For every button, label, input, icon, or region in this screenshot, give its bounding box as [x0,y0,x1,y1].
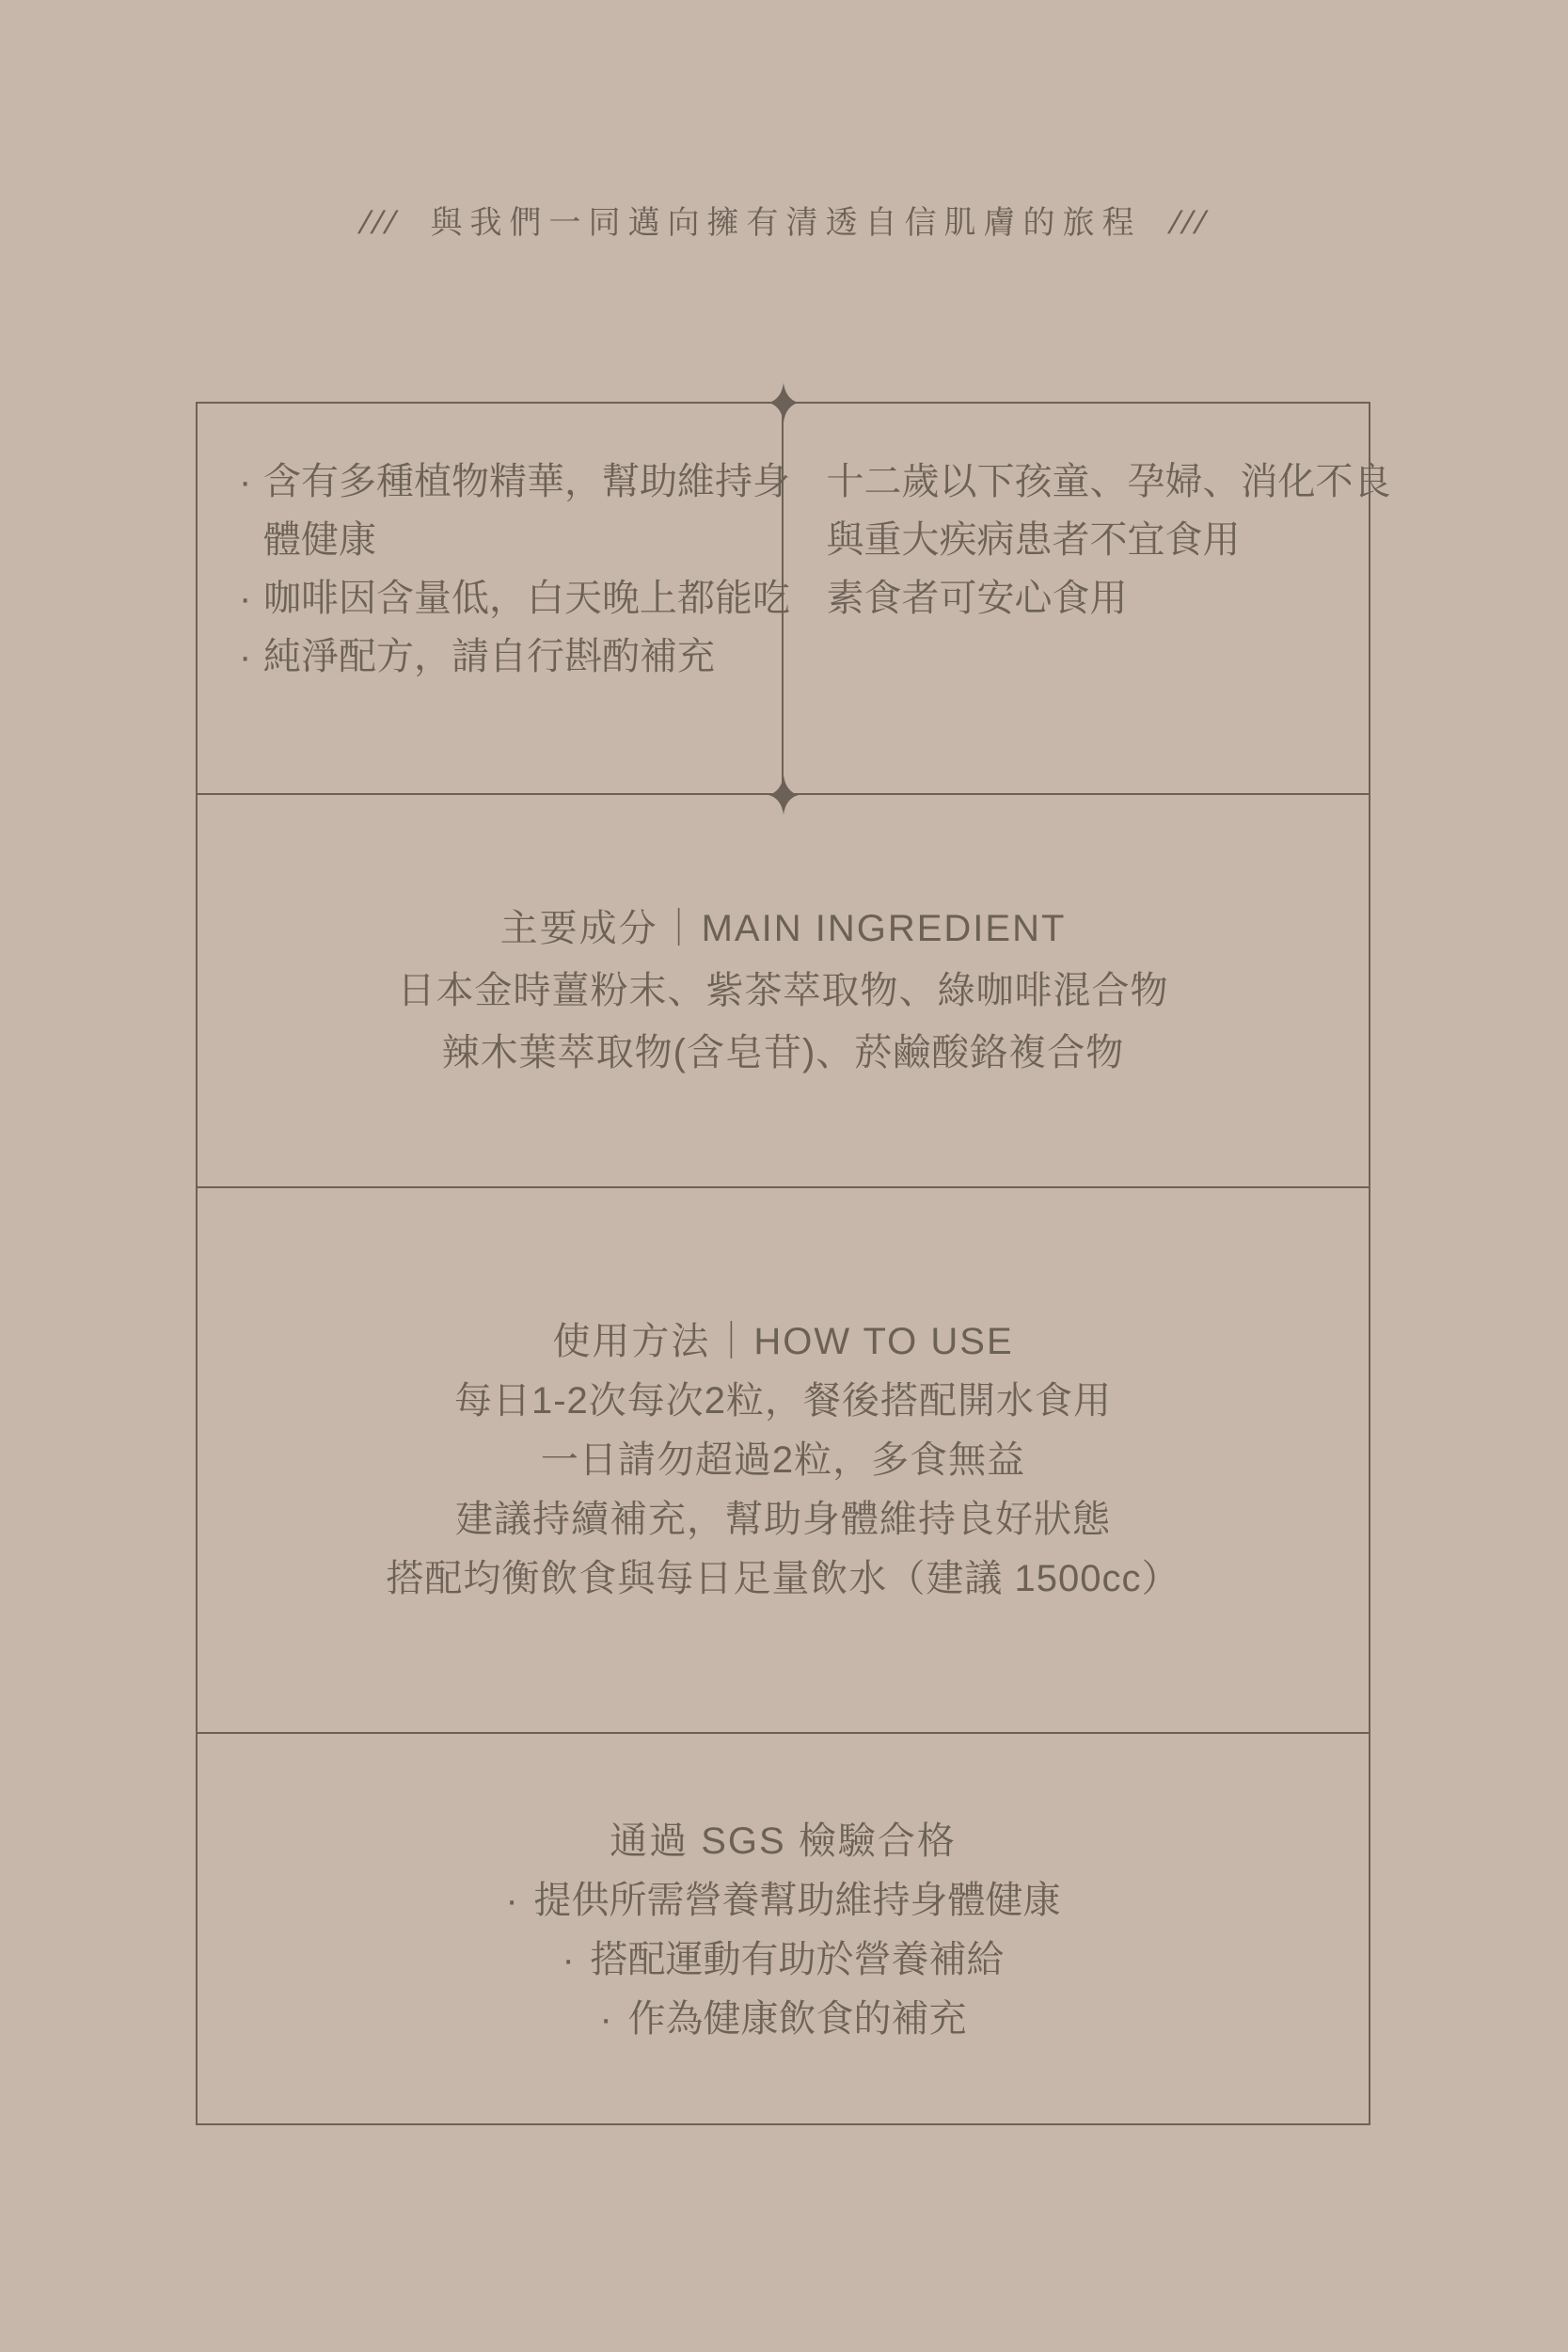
bullet-dot: · [562,1931,591,1990]
section-title-certification: 通過 SGS 檢驗合格 [610,1812,957,1871]
slashes-right-decor: /// [1167,198,1211,248]
feature-item: ·純淨配方，請自行斟酌補充 [239,628,748,686]
feature-text-wrap: 體健康 [239,511,748,569]
section-title-zh: 使用方法 [552,1321,710,1362]
header-slogan: ///與我們一同邁向擁有清透自信肌膚的旅程/// [0,198,1568,248]
page-title: 與我們一同邁向擁有清透自信肌膚的旅程 [431,205,1142,241]
feature-text: 含有多種植物精華，幫助維持身 [263,461,790,502]
usage-line: 一日請勿超過2粒，多食無益 [541,1431,1025,1490]
usage-line: 每日1-2次每次2粒，餐後搭配開水食用 [454,1372,1112,1431]
warning-text: 素食者可安心食用 [827,569,1336,628]
warnings-column: 十二歲以下孩童、孕婦、消化不良 與重大疾病患者不宜食用 素食者可安心食用 [784,404,1370,793]
title-divider-bar: ｜ [660,908,700,949]
title-divider-bar: ｜ [712,1321,752,1362]
info-table: ·含有多種植物精華，幫助維持身 體健康 ·咖啡因含量低，白天晚上都能吃 ·純淨配… [196,402,1370,2125]
certification-item: ·提供所需營養幫助維持身體健康 [506,1871,1061,1931]
certification-text: 搭配運動有助於營養補給 [591,1931,1005,1990]
section-title-en: HOW TO USE [753,1321,1013,1362]
certification-text: 提供所需營養幫助維持身體健康 [534,1871,1061,1931]
feature-item: ·含有多種植物精華，幫助維持身 [239,453,748,511]
section-title-zh: 主要成分 [500,908,658,949]
bullet-dot: · [600,1990,628,2049]
usage-line: 搭配均衡飲食與每日足量飲水（建議 1500cc） [386,1549,1180,1609]
warning-text: 與重大疾病患者不宜食用 [827,511,1336,569]
features-warnings-section: ·含有多種植物精華，幫助維持身 體健康 ·咖啡因含量低，白天晚上都能吃 ·純淨配… [198,404,1369,795]
bullet-dot: · [239,453,263,511]
feature-text: 咖啡因含量低，白天晚上都能吃 [263,578,790,619]
certification-item: ·作為健康飲食的補充 [600,1990,967,2049]
features-column: ·含有多種植物精華，幫助維持身 體健康 ·咖啡因含量低，白天晚上都能吃 ·純淨配… [198,404,784,793]
section-title-how-to-use: 使用方法｜HOW TO USE [552,1312,1013,1372]
certification-section: 通過 SGS 檢驗合格 ·提供所需營養幫助維持身體健康 ·搭配運動有助於營養補給… [198,1734,1369,2122]
section-title-main-ingredient: 主要成分｜MAIN INGREDIENT [500,898,1067,960]
usage-line: 建議持續補充，幫助身體維持良好狀態 [455,1490,1111,1549]
how-to-use-section: 使用方法｜HOW TO USE 每日1-2次每次2粒，餐後搭配開水食用 一日請勿… [198,1188,1369,1734]
feature-text: 純淨配方，請自行斟酌補充 [263,636,715,677]
sparkle-diamond-icon [768,775,799,815]
bullet-dot: · [239,628,263,686]
warning-text: 十二歲以下孩童、孕婦、消化不良 [827,453,1336,511]
slashes-left-decor: /// [357,198,401,248]
ingredient-line: 日本金時薑粉末、紫茶萃取物、綠咖啡混合物 [398,960,1169,1022]
product-info-poster: { "colors": { "background": "#c7b7aa", "… [0,0,1568,2352]
section-title-en: MAIN INGREDIENT [702,908,1067,949]
feature-item: ·咖啡因含量低，白天晚上都能吃 [239,569,748,628]
main-ingredient-section: 主要成分｜MAIN INGREDIENT 日本金時薑粉末、紫茶萃取物、綠咖啡混合… [198,795,1369,1188]
sparkle-diamond-icon [768,383,799,422]
bullet-dot: · [506,1871,534,1931]
certification-item: ·搭配運動有助於營養補給 [562,1931,1005,1990]
ingredient-line: 辣木葉萃取物(含皂苷)、菸鹼酸鉻複合物 [442,1022,1125,1084]
bullet-dot: · [239,569,263,628]
certification-text: 作為健康飲食的補充 [628,1990,967,2049]
